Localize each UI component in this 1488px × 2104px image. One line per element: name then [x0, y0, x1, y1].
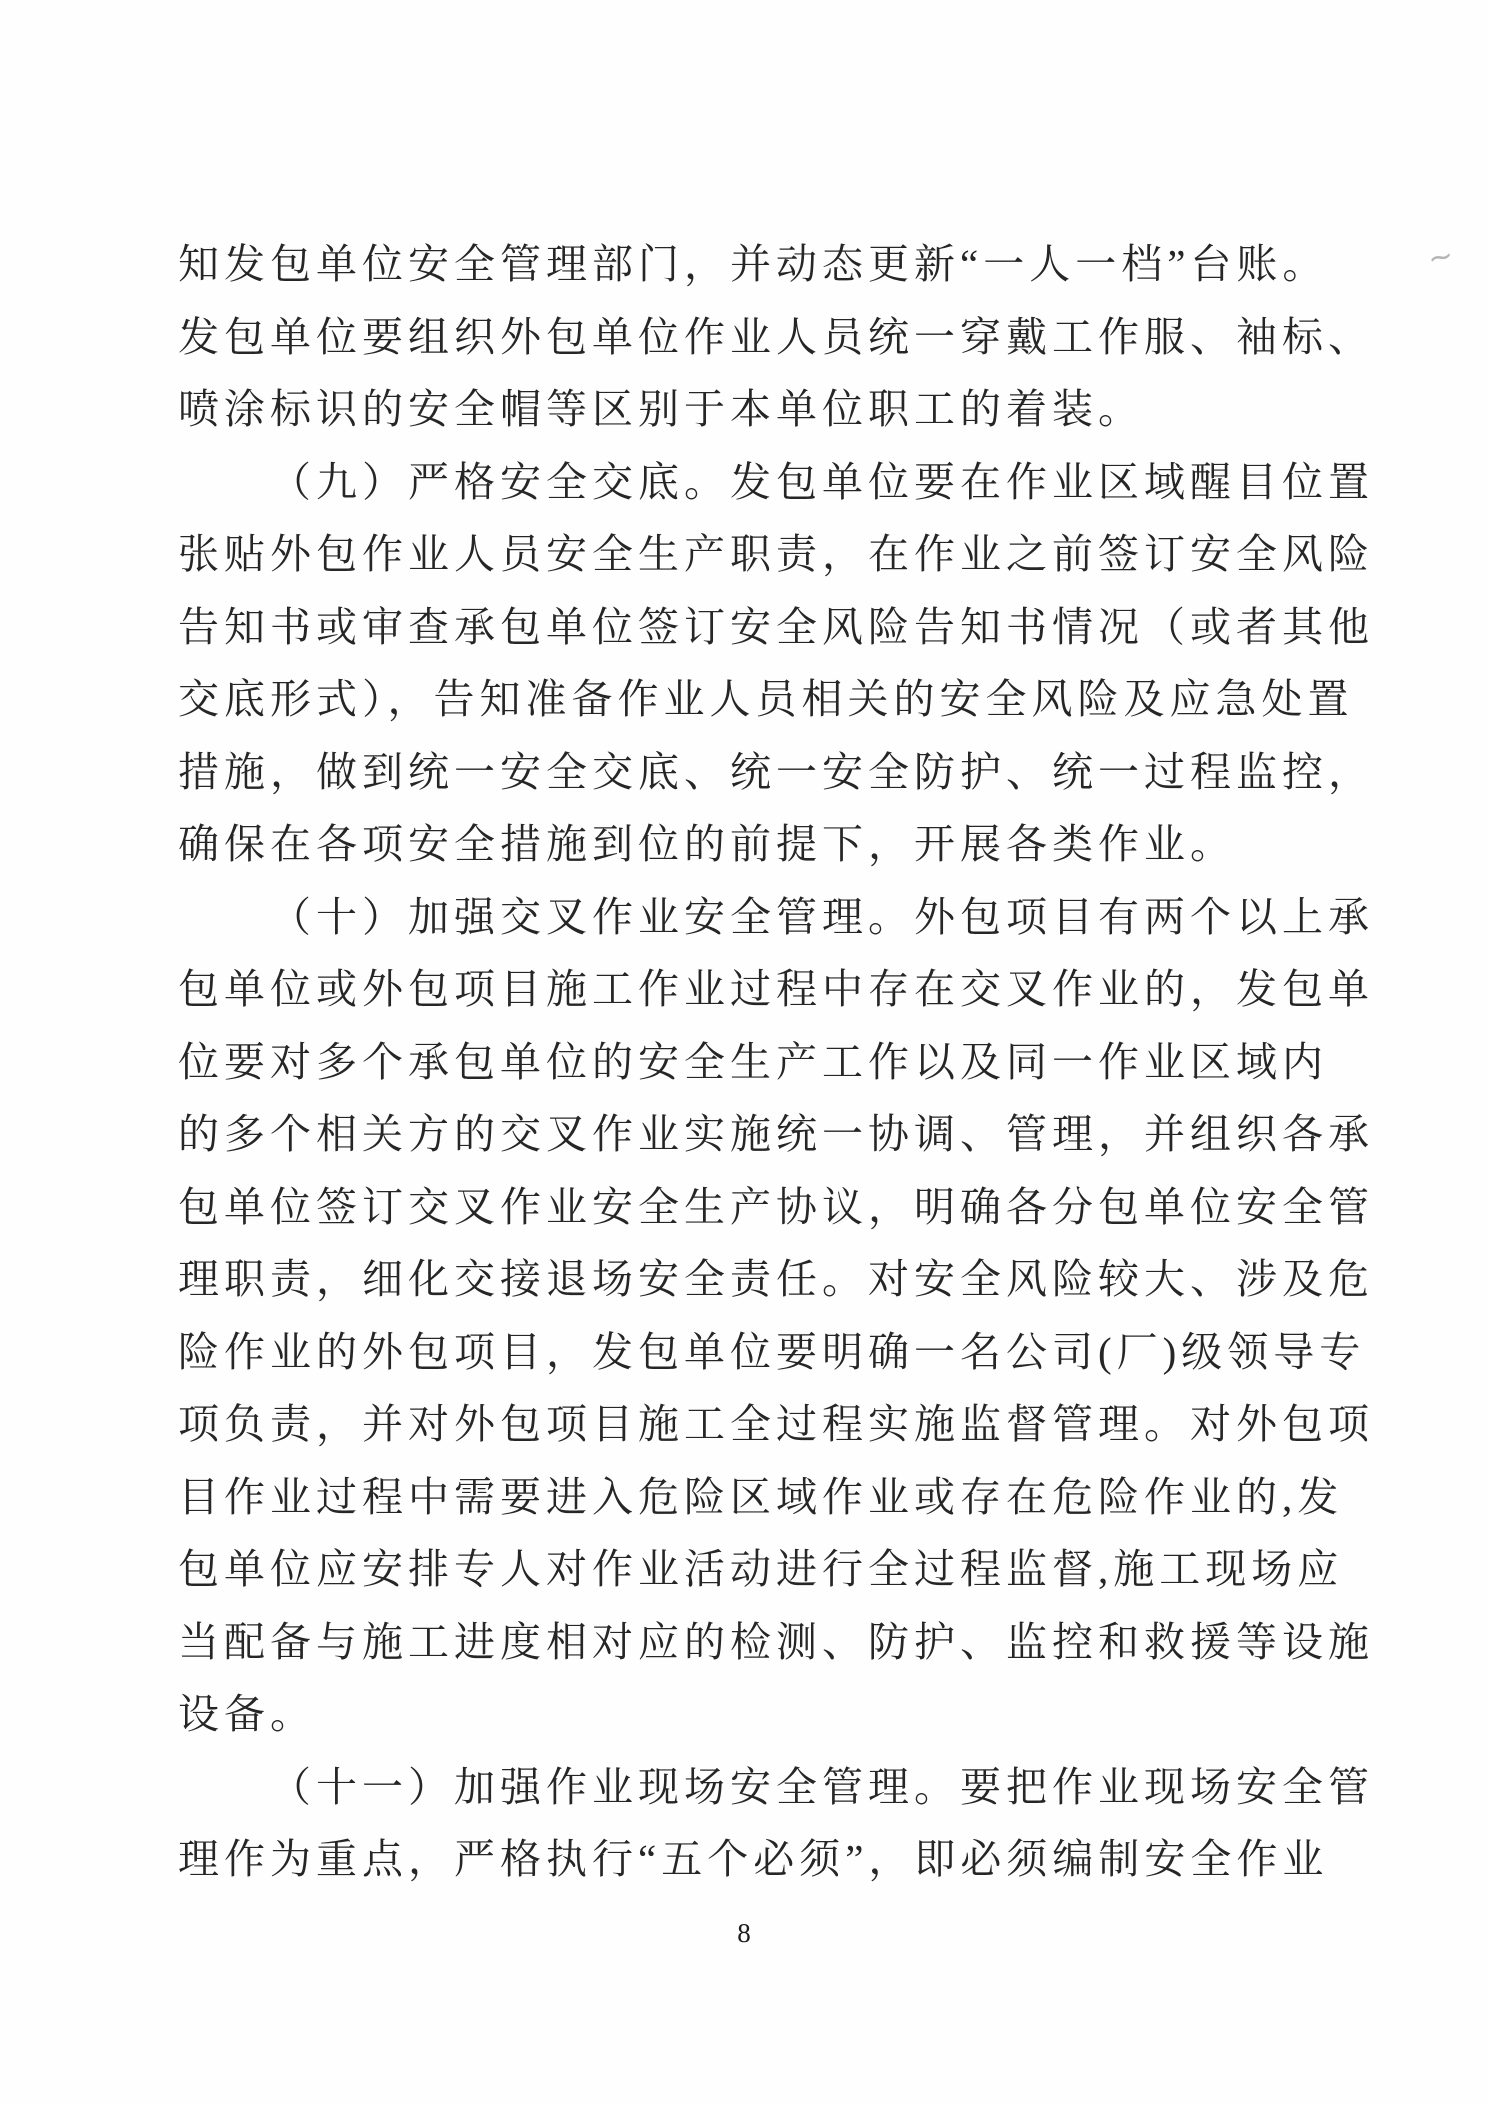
text-line: 险作业的外包项目，发包单位要明确一名公司(厂)级领导专: [178, 1316, 1326, 1389]
text-line: 理职责，细化交接退场安全责任。对安全风险较大、涉及危: [178, 1243, 1326, 1316]
text-line: 张贴外包作业人员安全生产职责，在作业之前签订安全风险: [178, 518, 1326, 591]
text-line: 包单位应安排专人对作业活动进行全过程监督,施工现场应: [178, 1533, 1326, 1606]
text-line: 确保在各项安全措施到位的前提下，开展各类作业。: [178, 808, 1326, 881]
text-line: 当配备与施工进度相对应的检测、防护、监控和救援等设施: [178, 1606, 1326, 1679]
document-body: 知发包单位安全管理部门，并动态更新“一人一档”台账。 发包单位要组织外包单位作业…: [178, 228, 1326, 1896]
text-line: 发包单位要组织外包单位作业人员统一穿戴工作服、袖标、: [178, 301, 1326, 374]
text-line: 设备。: [178, 1678, 1326, 1751]
text-line: 包单位或外包项目施工作业过程中存在交叉作业的，发包单: [178, 953, 1326, 1026]
text-line: 交底形式），告知准备作业人员相关的安全风险及应急处置: [178, 663, 1326, 736]
text-line: 喷涂标识的安全帽等区别于本单位职工的着装。: [178, 373, 1326, 446]
text-line: （十）加强交叉作业安全管理。外包项目有两个以上承: [178, 881, 1326, 954]
document-page: ~ 知发包单位安全管理部门，并动态更新“一人一档”台账。 发包单位要组织外包单位…: [0, 0, 1488, 2104]
text-line: 目作业过程中需要进入危险区域作业或存在危险作业的,发: [178, 1461, 1326, 1534]
text-line: 的多个相关方的交叉作业实施统一协调、管理，并组织各承: [178, 1098, 1326, 1171]
text-line: （九）严格安全交底。发包单位要在作业区域醒目位置: [178, 446, 1326, 519]
text-line: （十一）加强作业现场安全管理。要把作业现场安全管: [178, 1751, 1326, 1824]
text-line: 告知书或审查承包单位签订安全风险告知书情况（或者其他: [178, 591, 1326, 664]
page-number: 8: [0, 1918, 1488, 1949]
scan-artifact: ~: [1425, 238, 1457, 277]
text-line: 包单位签订交叉作业安全生产协议，明确各分包单位安全管: [178, 1171, 1326, 1244]
text-line: 知发包单位安全管理部门，并动态更新“一人一档”台账。: [178, 228, 1326, 301]
text-line: 项负责，并对外包项目施工全过程实施监督管理。对外包项: [178, 1388, 1326, 1461]
text-line: 措施，做到统一安全交底、统一安全防护、统一过程监控，: [178, 736, 1326, 809]
text-line: 理作为重点，严格执行“五个必须”，即必须编制安全作业: [178, 1823, 1326, 1896]
text-line: 位要对多个承包单位的安全生产工作以及同一作业区域内: [178, 1026, 1326, 1099]
